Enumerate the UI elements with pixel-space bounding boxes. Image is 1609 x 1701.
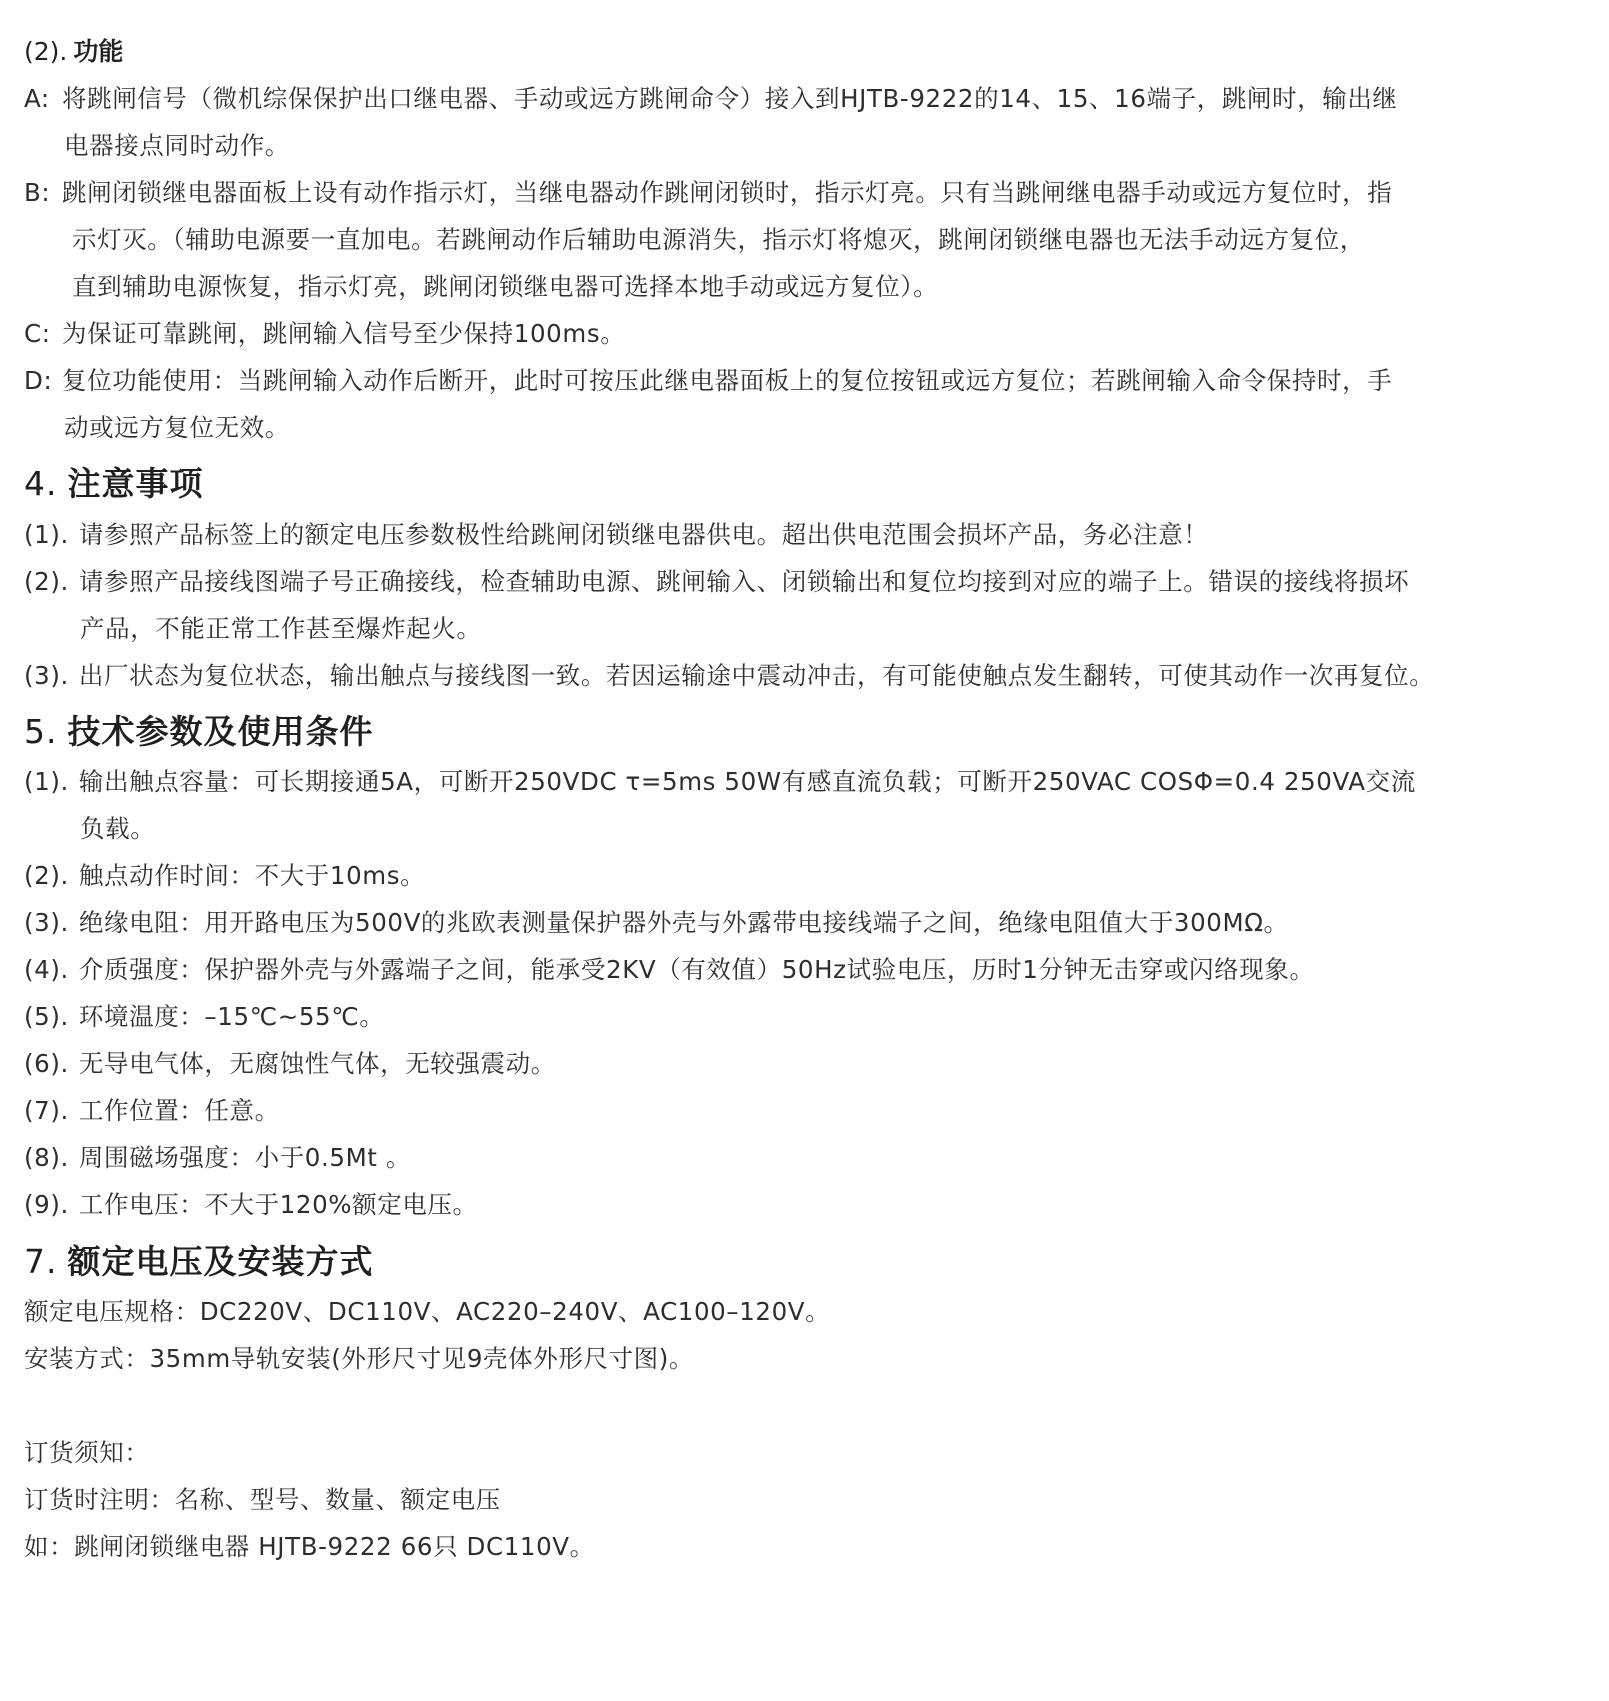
spec-item-8: (8).周围磁场强度：小于0.5Mt 。 — [24, 1142, 411, 1174]
installation-line: 安装方式：35mm导轨安装(外形尺寸见9壳体外形尺寸图)。 — [24, 1343, 694, 1375]
item-text: 复位功能使用：当跳闸输入动作后断开，此时可按压此继电器面板上的复位按钮或远方复位… — [62, 366, 1392, 395]
function-item-d-cont: 动或远方复位无效。 — [64, 412, 290, 444]
function-item-c: C:为保证可靠跳闸，跳闸输入信号至少保持100ms。 — [24, 318, 625, 350]
specs-title: 技术参数及使用条件 — [68, 712, 374, 751]
spec-item-5: (5).环境温度：–15℃~55℃。 — [24, 1001, 384, 1033]
item-label: (2). — [24, 860, 69, 892]
precautions-number: 4. — [24, 464, 58, 503]
item-text: 出厂状态为复位状态，输出触点与接线图一致。若因运输途中震动冲击，有可能使触点发生… — [79, 661, 1434, 690]
item-text: 绝缘电阻：用开路电压为500V的兆欧表测量保护器外壳与外露带电接线端子之间，绝缘… — [79, 908, 1289, 937]
spec-item-2: (2).触点动作时间：不大于10ms。 — [24, 860, 425, 892]
item-text: 无导电气体，无腐蚀性气体，无较强震动。 — [79, 1049, 556, 1078]
rated-voltage-line: 额定电压规格：DC220V、DC110V、AC220–240V、AC100–12… — [24, 1296, 830, 1328]
item-text: 输出触点容量：可长期接通5A，可断开250VDC τ=5ms 50W有感直流负载… — [79, 767, 1416, 796]
item-text: 工作电压：不大于120%额定电压。 — [79, 1190, 478, 1219]
rating-title: 额定电压及安装方式 — [68, 1242, 374, 1281]
precaution-item-2-cont: 产品，不能正常工作甚至爆炸起火。 — [80, 613, 482, 645]
item-text: 请参照产品接线图端子号正确接线，检查辅助电源、跳闸输入、闭锁输出和复位均接到对应… — [79, 567, 1409, 596]
item-text: 周围磁场强度：小于0.5Mt 。 — [79, 1143, 411, 1172]
precaution-item-2: (2).请参照产品接线图端子号正确接线，检查辅助电源、跳闸输入、闭锁输出和复位均… — [24, 566, 1409, 598]
item-label: A: — [24, 83, 54, 115]
item-label: (8). — [24, 1142, 69, 1174]
function-subheading: (2).功能 — [24, 36, 123, 68]
function-item-a: A:将跳闸信号（微机综保保护出口继电器、手动或远方跳闸命令）接入到HJTB-92… — [24, 83, 1398, 115]
rating-number: 7. — [24, 1242, 58, 1281]
item-text: 请参照产品标签上的额定电压参数极性给跳闸闭锁继电器供电。超出供电范围会损坏产品，… — [79, 520, 1209, 549]
item-text: 工作位置：任意。 — [79, 1096, 280, 1125]
precaution-item-3: (3).出厂状态为复位状态，输出触点与接线图一致。若因运输途中震动冲击，有可能使… — [24, 660, 1434, 692]
item-text: 跳闸闭锁继电器面板上设有动作指示灯，当继电器动作跳闸闭锁时，指示灯亮。只有当跳闸… — [62, 178, 1392, 207]
spec-item-7: (7).工作位置：任意。 — [24, 1095, 280, 1127]
item-label: (7). — [24, 1095, 69, 1127]
spec-item-1: (1).输出触点容量：可长期接通5A，可断开250VDC τ=5ms 50W有感… — [24, 766, 1416, 798]
function-item-a-cont: 电器接点同时动作。 — [64, 130, 290, 162]
function-item-b-cont-2: 直到辅助电源恢复，指示灯亮，跳闸闭锁继电器可选择本地手动或远方复位）。 — [72, 271, 938, 303]
item-label: D: — [24, 365, 54, 397]
item-text: 将跳闸信号（微机综保保护出口继电器、手动或远方跳闸命令）接入到HJTB-9222… — [62, 84, 1398, 113]
ordering-title: 订货须知： — [24, 1437, 150, 1469]
item-label: (6). — [24, 1048, 69, 1080]
item-label: (5). — [24, 1001, 69, 1033]
item-label: (4). — [24, 954, 69, 986]
item-text: 介质强度：保护器外壳与外露端子之间，能承受2KV（有效值）50Hz试验电压，历时… — [79, 955, 1315, 984]
item-text: 触点动作时间：不大于10ms。 — [79, 861, 425, 890]
function-item-b-cont-1: 示灯灭。（辅助电源要一直加电。若跳闸动作后辅助电源消失，指示灯将熄灭，跳闸闭锁继… — [72, 224, 1365, 256]
spec-item-6: (6).无导电气体，无腐蚀性气体，无较强震动。 — [24, 1048, 556, 1080]
spec-item-4: (4).介质强度：保护器外壳与外露端子之间，能承受2KV（有效值）50Hz试验电… — [24, 954, 1315, 986]
item-label: C: — [24, 318, 54, 350]
item-text: 为保证可靠跳闸，跳闸输入信号至少保持100ms。 — [62, 319, 625, 348]
item-label: (2). — [24, 566, 69, 598]
spec-item-1-cont: 负载。 — [80, 813, 155, 845]
item-label: (1). — [24, 766, 69, 798]
item-label: (3). — [24, 907, 69, 939]
function-title: 功能 — [73, 37, 123, 66]
item-label: (9). — [24, 1189, 69, 1221]
item-label: (1). — [24, 519, 69, 551]
function-number: (2). — [24, 37, 67, 66]
item-label: B: — [24, 177, 54, 209]
function-item-d: D:复位功能使用：当跳闸输入动作后断开，此时可按压此继电器面板上的复位按钮或远方… — [24, 365, 1392, 397]
precautions-heading: 4.注意事项 — [24, 464, 204, 504]
rating-heading: 7.额定电压及安装方式 — [24, 1242, 374, 1282]
specs-heading: 5.技术参数及使用条件 — [24, 712, 374, 752]
spec-document: (2).功能 A:将跳闸信号（微机综保保护出口继电器、手动或远方跳闸命令）接入到… — [0, 0, 1609, 1701]
item-text: 环境温度：–15℃~55℃。 — [79, 1002, 385, 1031]
ordering-example: 如：跳闸闭锁继电器 HJTB-9222 66只 DC110V。 — [24, 1531, 595, 1563]
precaution-item-1: (1).请参照产品标签上的额定电压参数极性给跳闸闭锁继电器供电。超出供电范围会损… — [24, 519, 1208, 551]
precautions-title: 注意事项 — [68, 464, 204, 503]
item-label: (3). — [24, 660, 69, 692]
function-item-b: B:跳闸闭锁继电器面板上设有动作指示灯，当继电器动作跳闸闭锁时，指示灯亮。只有当… — [24, 177, 1392, 209]
spec-item-9: (9).工作电压：不大于120%额定电压。 — [24, 1189, 478, 1221]
spec-item-3: (3).绝缘电阻：用开路电压为500V的兆欧表测量保护器外壳与外露带电接线端子之… — [24, 907, 1289, 939]
ordering-note: 订货时注明：名称、型号、数量、额定电压 — [24, 1484, 501, 1516]
specs-number: 5. — [24, 712, 58, 751]
